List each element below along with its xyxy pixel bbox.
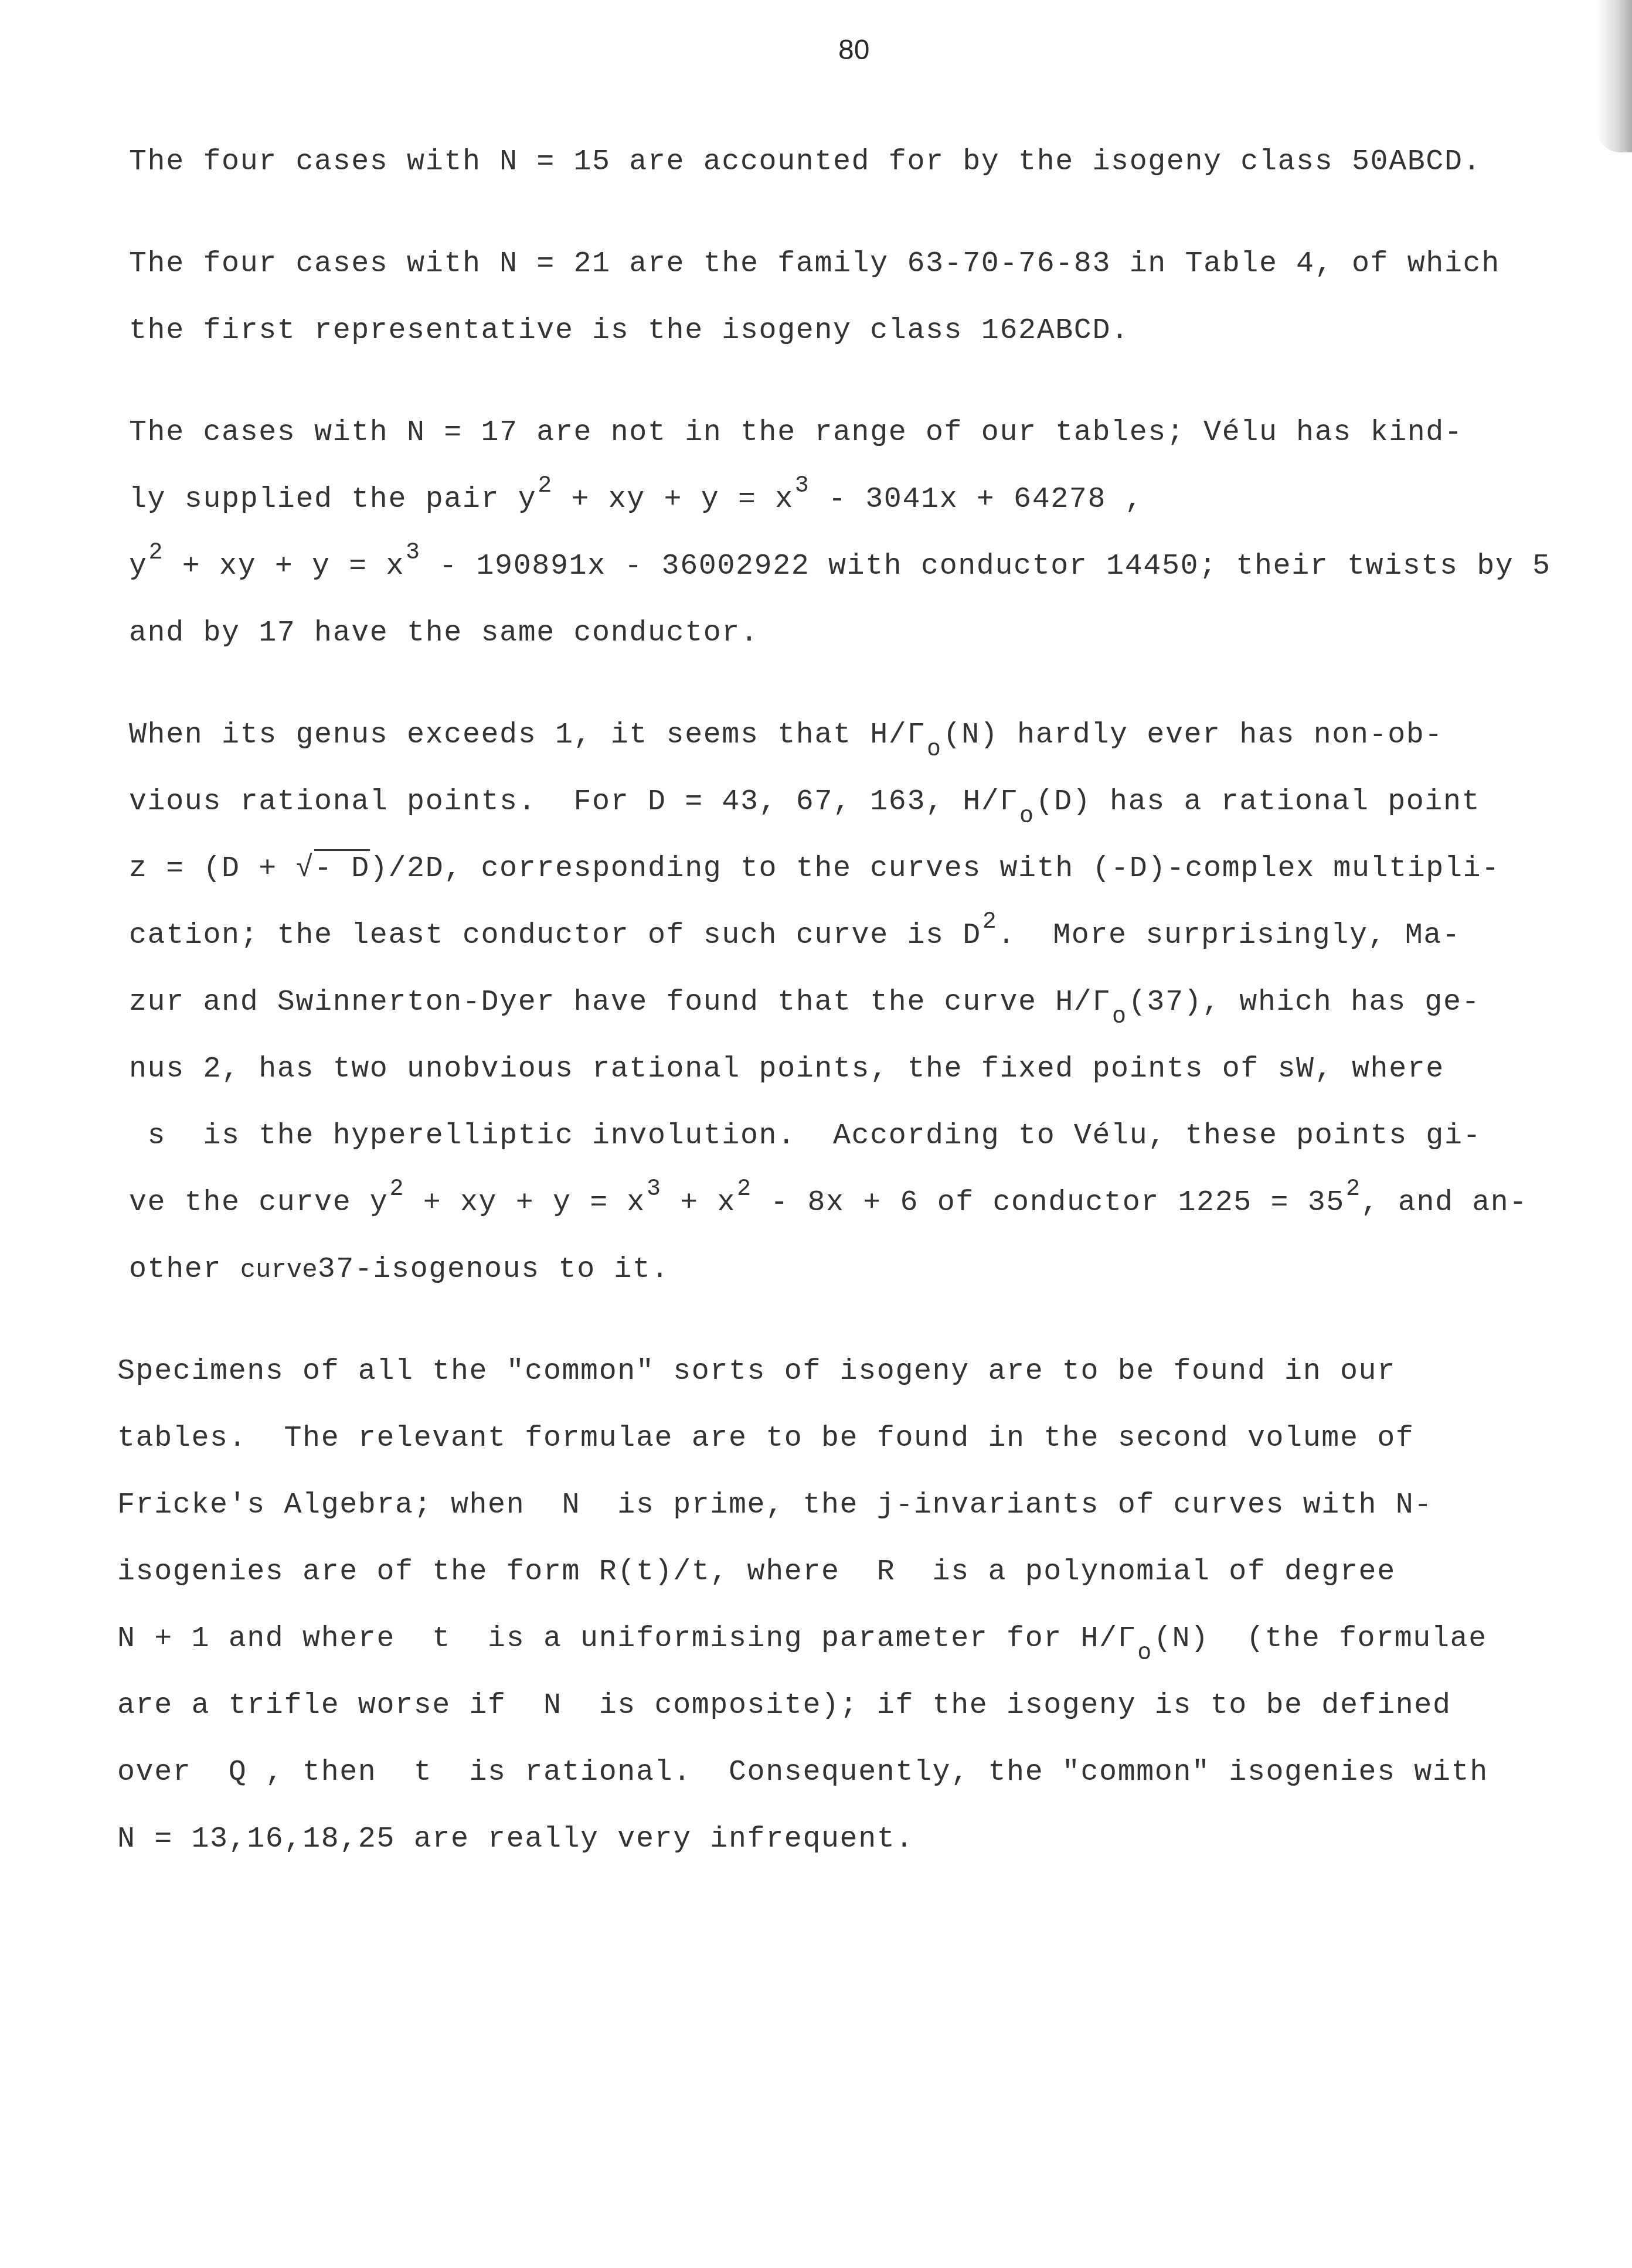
text-segment: N + 1 and where t is a uniformising para… — [117, 1622, 1136, 1656]
text-segment: + xy + y = x — [553, 483, 794, 516]
paragraph: The cases with N = 17 are not in the ran… — [129, 400, 1630, 667]
text-line: y2 + xy + y = x3 - 190891x - 36002922 wi… — [129, 533, 1630, 600]
text-segment: The four cases with N = 21 are the famil… — [129, 247, 1500, 281]
superscript: 3 — [647, 1176, 662, 1203]
text-line: The four cases with N = 21 are the famil… — [129, 231, 1630, 298]
text-line: z = (D + √- D)/2D, corresponding to the … — [129, 836, 1630, 903]
text-segment: other — [129, 1253, 240, 1286]
superscript: 2 — [737, 1176, 752, 1203]
text-segment: 37-isogenous to it. — [318, 1253, 670, 1286]
text-segment: + xy + y = x — [404, 1186, 645, 1220]
text-segment: s is the hyperelliptic involution. Accor… — [129, 1119, 1481, 1153]
paragraph: When its genus exceeds 1, it seems that … — [129, 702, 1630, 1303]
text-line: are a trifle worse if N is composite); i… — [117, 1673, 1630, 1739]
text-line: The cases with N = 17 are not in the ran… — [129, 400, 1630, 466]
superscript: 2 — [1346, 1176, 1361, 1203]
text-segment: . More surprisingly, Ma- — [997, 919, 1460, 952]
text-segment: tables. The relevant formulae are to be … — [117, 1422, 1414, 1455]
superscript: 3 — [795, 473, 810, 499]
text-line: and by 17 have the same conductor. — [129, 600, 1630, 667]
text-segment: ly supplied the pair y — [129, 483, 536, 516]
text-segment: (37), which has ge- — [1128, 986, 1481, 1019]
text-segment: , and an- — [1361, 1186, 1528, 1220]
text-line: the first representative is the isogeny … — [129, 298, 1630, 365]
superscript: 2 — [149, 540, 164, 566]
text-segment: (N) hardly ever has non-ob- — [943, 718, 1443, 752]
subscript: o — [1019, 803, 1035, 830]
subscript: o — [1137, 1640, 1152, 1667]
paragraph: The four cases with N = 15 are accounted… — [129, 129, 1630, 196]
paragraph: The four cases with N = 21 are the famil… — [129, 231, 1630, 365]
text-line: isogenies are of the form R(t)/t, where … — [117, 1539, 1630, 1606]
text-segment: vious rational points. For D = 43, 67, 1… — [129, 785, 1018, 819]
page-number: 80 — [838, 34, 869, 66]
text-line: cation; the least conductor of such curv… — [129, 903, 1630, 969]
text-segment: zur and Swinnerton-Dyer have found that … — [129, 986, 1111, 1019]
text-line: ly supplied the pair y2 + xy + y = x3 - … — [129, 466, 1630, 533]
text-line: Fricke's Algebra; when N is prime, the j… — [117, 1472, 1630, 1539]
text-segment: ve the curve y — [129, 1186, 388, 1220]
superscript: 2 — [538, 473, 553, 499]
text-line: zur and Swinnerton-Dyer have found that … — [129, 969, 1630, 1036]
superscript: 2 — [389, 1176, 404, 1203]
text-segment: The cases with N = 17 are not in the ran… — [129, 416, 1463, 449]
text-segment: (D) has a rational point — [1036, 785, 1481, 819]
radicand: - D — [314, 849, 370, 886]
text-segment: are a trifle worse if N is composite); i… — [117, 1689, 1451, 1722]
text-segment: cation; the least conductor of such curv… — [129, 919, 981, 952]
text-segment: When its genus exceeds 1, it seems that … — [129, 718, 926, 752]
text-segment: Fricke's Algebra; when N is prime, the j… — [117, 1489, 1433, 1522]
text-line: other curve37-isogenous to it. — [129, 1237, 1630, 1303]
text-segment: )/2D, corresponding to the curves with (… — [370, 852, 1500, 886]
superscript: 2 — [982, 909, 998, 935]
text-line: s is the hyperelliptic involution. Accor… — [129, 1103, 1630, 1170]
text-segment: over Q , then t is rational. Consequentl… — [117, 1756, 1488, 1789]
text-segment: z = (D + √ — [129, 852, 314, 886]
scanned-page: 80 The four cases with N = 15 are accoun… — [0, 0, 1632, 2268]
text-segment: (N) (the formulae — [1154, 1622, 1487, 1656]
text-segment: - 8x + 6 of conductor 1225 = 35 — [752, 1186, 1345, 1220]
subscript: o — [927, 737, 942, 763]
inserted-word: curve — [240, 1256, 318, 1285]
text-segment: and by 17 have the same conductor. — [129, 617, 759, 650]
text-segment: The four cases with N = 15 are accounted… — [129, 145, 1481, 179]
text-segment: nus 2, has two unobvious rational points… — [129, 1053, 1444, 1086]
text-segment: - 3041x + 64278 , — [810, 483, 1143, 516]
text-line: N = 13,16,18,25 are really very infreque… — [117, 1806, 1630, 1873]
text-segment: - 190891x - 36002922 with conductor 1445… — [421, 550, 1551, 583]
subscript: o — [1112, 1004, 1127, 1030]
text-line: When its genus exceeds 1, it seems that … — [129, 702, 1630, 769]
text-line: tables. The relevant formulae are to be … — [117, 1405, 1630, 1472]
text-segment: the first representative is the isogeny … — [129, 314, 1130, 348]
text-segment: + xy + y = x — [164, 550, 404, 583]
text-segment: N = 13,16,18,25 are really very infreque… — [117, 1823, 914, 1856]
text-line: ve the curve y2 + xy + y = x3 + x2 - 8x … — [129, 1170, 1630, 1237]
text-line: nus 2, has two unobvious rational points… — [129, 1036, 1630, 1103]
text-segment: y — [129, 550, 148, 583]
text-line: over Q , then t is rational. Consequentl… — [117, 1739, 1630, 1806]
text-line: The four cases with N = 15 are accounted… — [129, 129, 1630, 196]
body-text: The four cases with N = 15 are accounted… — [129, 129, 1630, 1908]
text-segment: isogenies are of the form R(t)/t, where … — [117, 1555, 1396, 1589]
text-segment: Specimens of all the "common" sorts of i… — [117, 1355, 1396, 1388]
text-line: Specimens of all the "common" sorts of i… — [117, 1339, 1630, 1405]
text-line: vious rational points. For D = 43, 67, 1… — [129, 769, 1630, 836]
text-segment: + x — [662, 1186, 736, 1220]
paragraph: Specimens of all the "common" sorts of i… — [129, 1339, 1630, 1873]
superscript: 3 — [406, 540, 421, 566]
text-line: N + 1 and where t is a uniformising para… — [117, 1606, 1630, 1673]
